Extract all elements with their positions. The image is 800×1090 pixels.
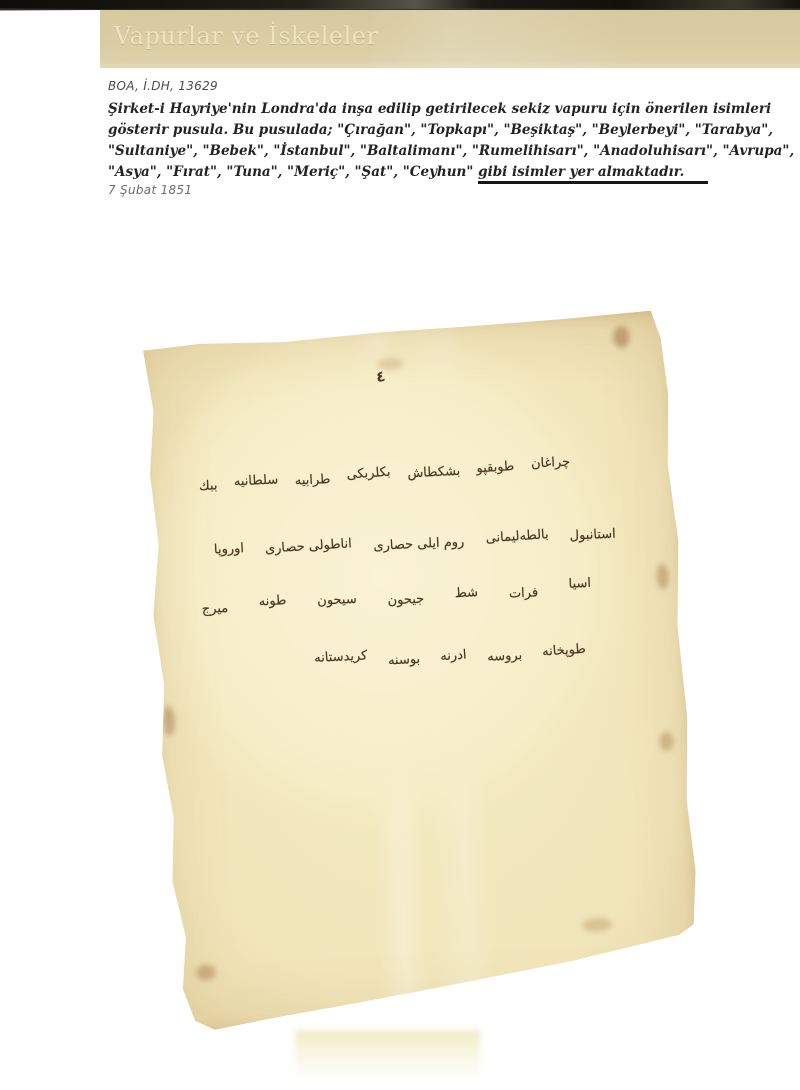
ship-name: سلطانيه <box>234 472 279 489</box>
foxing-spot <box>162 706 175 737</box>
ship-name: فرات <box>509 585 539 601</box>
book-page-scan: { "header": { "title": "Vapurlar ve İske… <box>0 0 800 1090</box>
ship-name: بروسه <box>487 648 523 665</box>
ship-name: كريدستانه <box>314 648 368 665</box>
ship-name: اناطولى حصارى <box>265 536 353 557</box>
scan-edge-top <box>0 0 800 10</box>
ship-name: اسيا <box>568 576 591 592</box>
foxing-spot <box>196 964 217 981</box>
ship-name: اوروپا <box>214 541 245 557</box>
ship-name: جيحون <box>387 592 424 609</box>
ship-name: سيحون <box>317 592 357 609</box>
caption-line: "Asya", "Fırat", "Tuna", "Meriç", "Şat",… <box>108 162 796 183</box>
name-row-4: كريدستانه بوسنه ادرنه بروسه طوپخانه <box>314 642 586 670</box>
hand-underline: gibi isimler yer almaktadır. <box>478 164 708 184</box>
page-title: Vapurlar ve İskeleler <box>114 22 378 50</box>
ship-name: طرابيه <box>295 472 331 489</box>
ship-name: ببك <box>199 478 218 494</box>
ship-name: استانبول <box>569 527 616 544</box>
ship-name: بوسنه <box>388 652 421 668</box>
ship-name: طوپخانه <box>542 642 587 660</box>
caption-text: Şirket-i Hayriye'nin Londra'da inşa edil… <box>108 99 796 183</box>
archive-reference: BOA, İ.DH, 13629 <box>108 79 218 93</box>
foxing-spot <box>581 917 612 932</box>
name-row-2: اوروپا اناطولى حصارى روم ايلى حصارى بالط… <box>214 525 616 559</box>
scan-streak <box>295 1030 480 1082</box>
ship-name: طوبقپو <box>476 459 515 476</box>
foxing-spot <box>656 563 669 590</box>
ship-name: روم ايلى حصارى <box>373 535 465 554</box>
name-row-1: ببك سلطانيه طرابيه بكلربكى بشكطاش طوبقپو… <box>198 457 570 490</box>
ship-name: طونه <box>258 593 286 609</box>
caption-date: 7 Şubat 1851 <box>108 183 192 197</box>
name-row-3: ميرج طونه سيحون جيحون شط فرات اسيا <box>201 582 591 615</box>
ship-name: بكلربكى <box>346 465 391 483</box>
foxing-spot <box>659 731 674 752</box>
ship-name: ميرج <box>201 601 228 617</box>
ship-name: ادرنه <box>440 648 467 665</box>
foxing-spot <box>613 326 630 349</box>
header-band: Vapurlar ve İskeleler <box>100 10 800 68</box>
caption-line: "Sultaniye", "Bebek", "İstanbul", "Balta… <box>108 141 796 162</box>
manuscript-sheet: ٤ ببك سلطانيه طرابيه بكلربكى بشكطاش طوبق… <box>134 310 704 1037</box>
ship-name: بالطه‌ليمانى <box>485 527 549 546</box>
caption-line: gösterir pusula. Bu pusulada; "Çırağan",… <box>108 120 796 141</box>
caption-line-pre: "Asya", "Fırat", "Tuna", "Meriç", "Şat",… <box>108 164 478 180</box>
ship-name: بشكطاش <box>407 464 461 481</box>
ship-name: چراغان <box>531 455 571 472</box>
ship-name: شط <box>454 585 478 601</box>
caption-line: Şirket-i Hayriye'nin Londra'da inşa edil… <box>108 99 796 120</box>
